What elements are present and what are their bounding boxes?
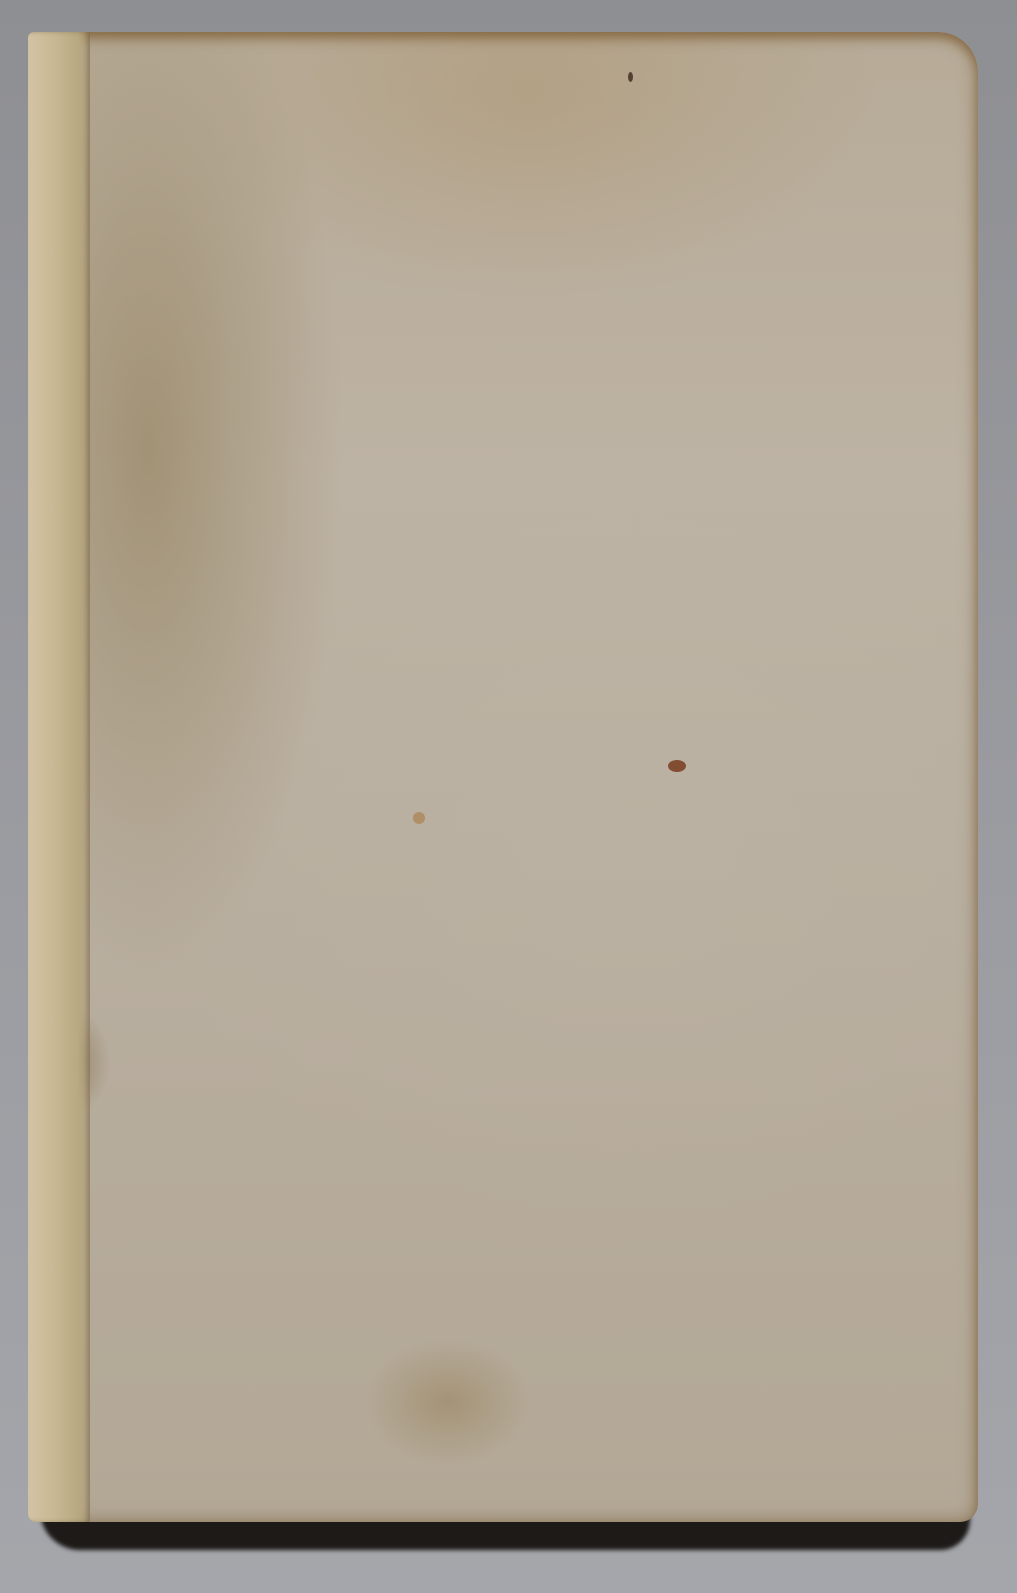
book-spine xyxy=(28,32,90,1522)
book-cover xyxy=(28,32,978,1522)
photo-scene xyxy=(0,0,1017,1593)
rust-stain xyxy=(668,760,686,772)
top-mark xyxy=(628,72,633,82)
small-stain xyxy=(413,812,425,824)
